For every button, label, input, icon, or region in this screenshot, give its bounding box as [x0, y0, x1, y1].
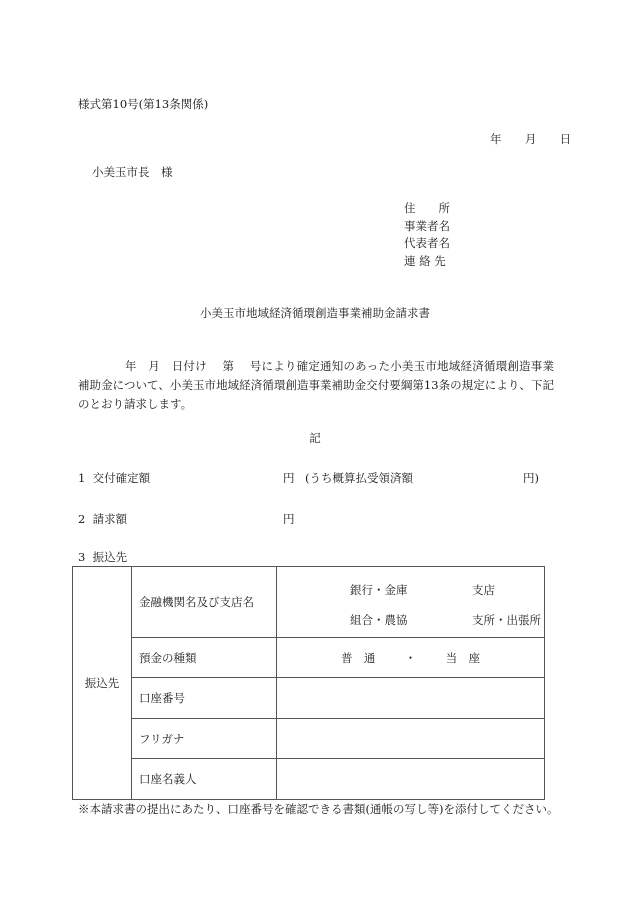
applicant-business-name-label: 事業者名 [404, 218, 450, 236]
branch-type-top: 支店 [472, 582, 495, 598]
addressee: 小美玉市長 様 [92, 165, 173, 179]
yen-unit: 円 [283, 471, 295, 485]
applicant-block: 住 所 事業者名 代表者名 連 絡 先 [404, 200, 450, 270]
item-request-amount: 2 請求額 [78, 512, 127, 526]
item-number: 1 [78, 471, 85, 485]
date-day-label: 日 [560, 132, 572, 146]
footnote: ※本請求書の提出にあたり、口座番号を確認できる書類(通帳の写し等)を添付してくだ… [78, 802, 558, 816]
ki-heading: 記 [0, 431, 630, 445]
account-holder-label: 口座名義人 [132, 759, 277, 800]
item-label: 請求額 [93, 512, 128, 526]
date-month-label: 月 [525, 132, 537, 146]
furigana-field[interactable] [277, 719, 545, 759]
item-transfer-destination: 3 振込先 [78, 550, 127, 564]
deposit-type-current[interactable]: 当 座 [446, 650, 481, 666]
table-row: 振込先 金融機関名及び支店名 銀行・金庫 支店 組合・農協 支所・出張所 [73, 567, 545, 638]
table-row: 口座名義人 [73, 759, 545, 800]
yen-unit: 円 [283, 512, 295, 526]
item-label: 交付確定額 [93, 471, 151, 485]
item-confirmed-amount: 1 交付確定額 [78, 471, 150, 485]
institution-type-bottom: 組合・農協 [350, 612, 408, 628]
table-row: 口座番号 [73, 678, 545, 719]
form-number: 様式第10号(第13条関係) [78, 97, 208, 111]
institution-name-label: 金融機関名及び支店名 [132, 567, 277, 638]
date-year-label: 年 [490, 132, 502, 146]
advance-received-note: (うち概算払受領済額 [305, 471, 413, 485]
account-number-label: 口座番号 [132, 678, 277, 719]
account-holder-field[interactable] [277, 759, 545, 800]
institution-type-top: 銀行・金庫 [350, 582, 408, 598]
table-row: フリガナ [73, 719, 545, 759]
deposit-type-separator: ・ [405, 650, 417, 666]
applicant-contact-label: 連 絡 先 [404, 253, 450, 271]
item-number: 3 [78, 550, 85, 564]
bank-transfer-table: 振込先 金融機関名及び支店名 銀行・金庫 支店 組合・農協 支所・出張所 預金の… [72, 566, 545, 800]
deposit-type-ordinary[interactable]: 普 通 [341, 650, 376, 666]
item-number: 2 [78, 512, 85, 526]
transfer-side-label: 振込先 [73, 567, 132, 800]
deposit-type-label: 預金の種類 [132, 638, 277, 678]
applicant-address-label: 住 所 [404, 200, 450, 218]
yen-unit-close: 円) [523, 471, 539, 485]
item-label: 振込先 [93, 550, 128, 564]
account-number-field[interactable] [277, 678, 545, 719]
date-line: 年 月 日 [490, 132, 571, 146]
institution-name-field[interactable]: 銀行・金庫 支店 組合・農協 支所・出張所 [277, 567, 545, 638]
furigana-label: フリガナ [132, 719, 277, 759]
body-paragraph: 年 月 日付け 第 号により確定通知のあった小美玉市地域経済循環創造事業補助金に… [78, 357, 554, 414]
deposit-type-field[interactable]: 普 通 ・ 当 座 [277, 638, 545, 678]
applicant-representative-label: 代表者名 [404, 235, 450, 253]
branch-type-bottom: 支所・出張所 [472, 612, 541, 628]
document-title: 小美玉市地域経済循環創造事業補助金請求書 [0, 306, 630, 320]
table-row: 預金の種類 普 通 ・ 当 座 [73, 638, 545, 678]
